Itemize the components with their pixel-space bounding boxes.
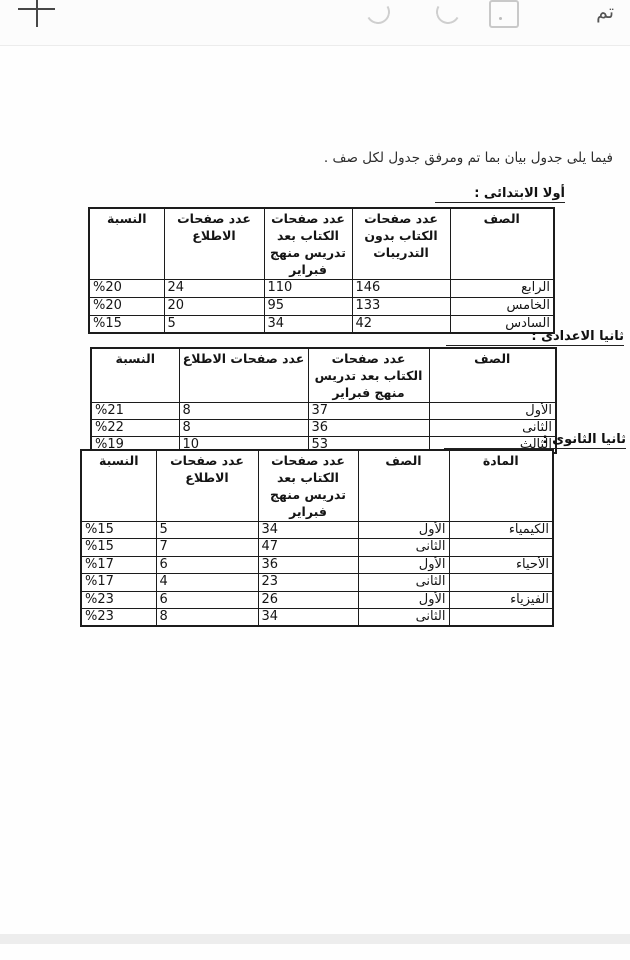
table-cell: 5: [156, 521, 258, 539]
table-row: الثانى477%15: [81, 539, 553, 557]
column-header: الصف: [429, 348, 556, 402]
table-cell: الأحياء: [449, 556, 553, 574]
primary-stage-table: الصفعدد صفحات الكتاب بدون التدريباتعدد ص…: [88, 207, 555, 334]
table-cell: 20: [164, 297, 264, 315]
table-header-row: الصفعدد صفحات الكتاب بعد تدريس منهج فبرا…: [91, 348, 556, 402]
table-cell: %21: [91, 402, 179, 419]
column-header: الصف: [358, 450, 449, 521]
table-cell: الأول: [358, 556, 449, 574]
column-header: الصف: [450, 208, 554, 279]
table-cell: الخامس: [450, 297, 554, 315]
table-cell: 6: [156, 556, 258, 574]
table-cell: 7: [156, 539, 258, 557]
table-cell: 8: [179, 419, 308, 436]
table-cell: 95: [264, 297, 352, 315]
secondary-stage-table: المادةالصفعدد صفحات الكتاب بعد تدريس منه…: [80, 449, 554, 627]
table-cell: %15: [89, 315, 164, 333]
add-icon[interactable]: [18, 0, 55, 27]
section-title-preparatory: ثانيا الاعدادى :: [446, 329, 624, 346]
table-row: الثانى234%17: [81, 574, 553, 592]
table-cell: %22: [91, 419, 179, 436]
column-header: عدد صفحات الاطلاع: [164, 208, 264, 279]
table-cell: الثانى: [358, 539, 449, 557]
table-cell: %17: [81, 556, 156, 574]
column-header: عدد صفحات الكتاب بعد تدريس منهج فبراير: [264, 208, 352, 279]
table-row: الكيمياءالأول345%15: [81, 521, 553, 539]
table-cell: الثانى: [358, 574, 449, 592]
table-cell: %20: [89, 279, 164, 297]
toolbar: تم: [0, 0, 630, 46]
table-cell: 42: [352, 315, 450, 333]
table-cell: [449, 609, 553, 627]
redo-icon[interactable]: [363, 0, 392, 27]
table-cell: الرابع: [450, 279, 554, 297]
column-header: النسبة: [91, 348, 179, 402]
table-cell: 36: [308, 419, 429, 436]
table-cell: 37: [308, 402, 429, 419]
table-row: الفيزياءالأول266%23: [81, 591, 553, 609]
section-title-secondary: ثانيا الثانوى :: [444, 432, 626, 449]
table-cell: 26: [258, 591, 358, 609]
table-cell: [449, 539, 553, 557]
table-cell: الكيمياء: [449, 521, 553, 539]
table-cell: الأول: [429, 402, 556, 419]
document-page: فيما يلى جدول بيان بما تم ومرفق جدول لكل…: [0, 46, 630, 960]
table-cell: 4: [156, 574, 258, 592]
column-header: عدد صفحات الاطلاع: [179, 348, 308, 402]
table-cell: 34: [264, 315, 352, 333]
table-cell: الثانى: [358, 609, 449, 627]
table-row: الأحياءالأول366%17: [81, 556, 553, 574]
table-cell: الأول: [358, 591, 449, 609]
page-break-band: [0, 934, 630, 944]
column-header: عدد صفحات الكتاب بدون التدريبات: [352, 208, 450, 279]
page-outline-dot: [499, 17, 502, 20]
table-cell: %20: [89, 297, 164, 315]
table-cell: 34: [258, 609, 358, 627]
table-cell: 8: [156, 609, 258, 627]
table-row: الرابع14611024%20: [89, 279, 554, 297]
table-cell: 36: [258, 556, 358, 574]
table-cell: %17: [81, 574, 156, 592]
table-cell: 133: [352, 297, 450, 315]
table-row: الثانى348%23: [81, 609, 553, 627]
table-header-row: المادةالصفعدد صفحات الكتاب بعد تدريس منه…: [81, 450, 553, 521]
column-header: عدد صفحات الاطلاع: [156, 450, 258, 521]
app-screen: تم فيما يلى جدول بيان بما تم ومرفق جدول …: [0, 0, 630, 960]
intro-text: فيما يلى جدول بيان بما تم ومرفق جدول لكل…: [324, 150, 613, 166]
table-cell: الأول: [358, 521, 449, 539]
table-cell: 8: [179, 402, 308, 419]
table-cell: [449, 574, 553, 592]
column-header: النسبة: [81, 450, 156, 521]
table-header-row: الصفعدد صفحات الكتاب بدون التدريباتعدد ص…: [89, 208, 554, 279]
table-cell: 47: [258, 539, 358, 557]
table-row: الخامس1339520%20: [89, 297, 554, 315]
table-cell: 34: [258, 521, 358, 539]
table-cell: الفيزياء: [449, 591, 553, 609]
column-header: المادة: [449, 450, 553, 521]
table-cell: %15: [81, 539, 156, 557]
column-header: عدد صفحات الكتاب بعد تدريس منهج فبراير: [258, 450, 358, 521]
table-cell: 23: [258, 574, 358, 592]
table-cell: 6: [156, 591, 258, 609]
table-cell: %15: [81, 521, 156, 539]
section-title-primary: أولا الابتدائى :: [435, 186, 565, 203]
table-cell: %23: [81, 591, 156, 609]
column-header: عدد صفحات الكتاب بعد تدريس منهج فبراير: [308, 348, 429, 402]
done-button[interactable]: تم: [596, 1, 614, 23]
undo-icon[interactable]: [433, 0, 462, 27]
table-cell: 110: [264, 279, 352, 297]
column-header: النسبة: [89, 208, 164, 279]
page-outline-icon[interactable]: [489, 0, 519, 28]
table-cell: 5: [164, 315, 264, 333]
table-cell: 24: [164, 279, 264, 297]
table-row: الأول378%21: [91, 402, 556, 419]
table-cell: %23: [81, 609, 156, 627]
table-cell: 146: [352, 279, 450, 297]
